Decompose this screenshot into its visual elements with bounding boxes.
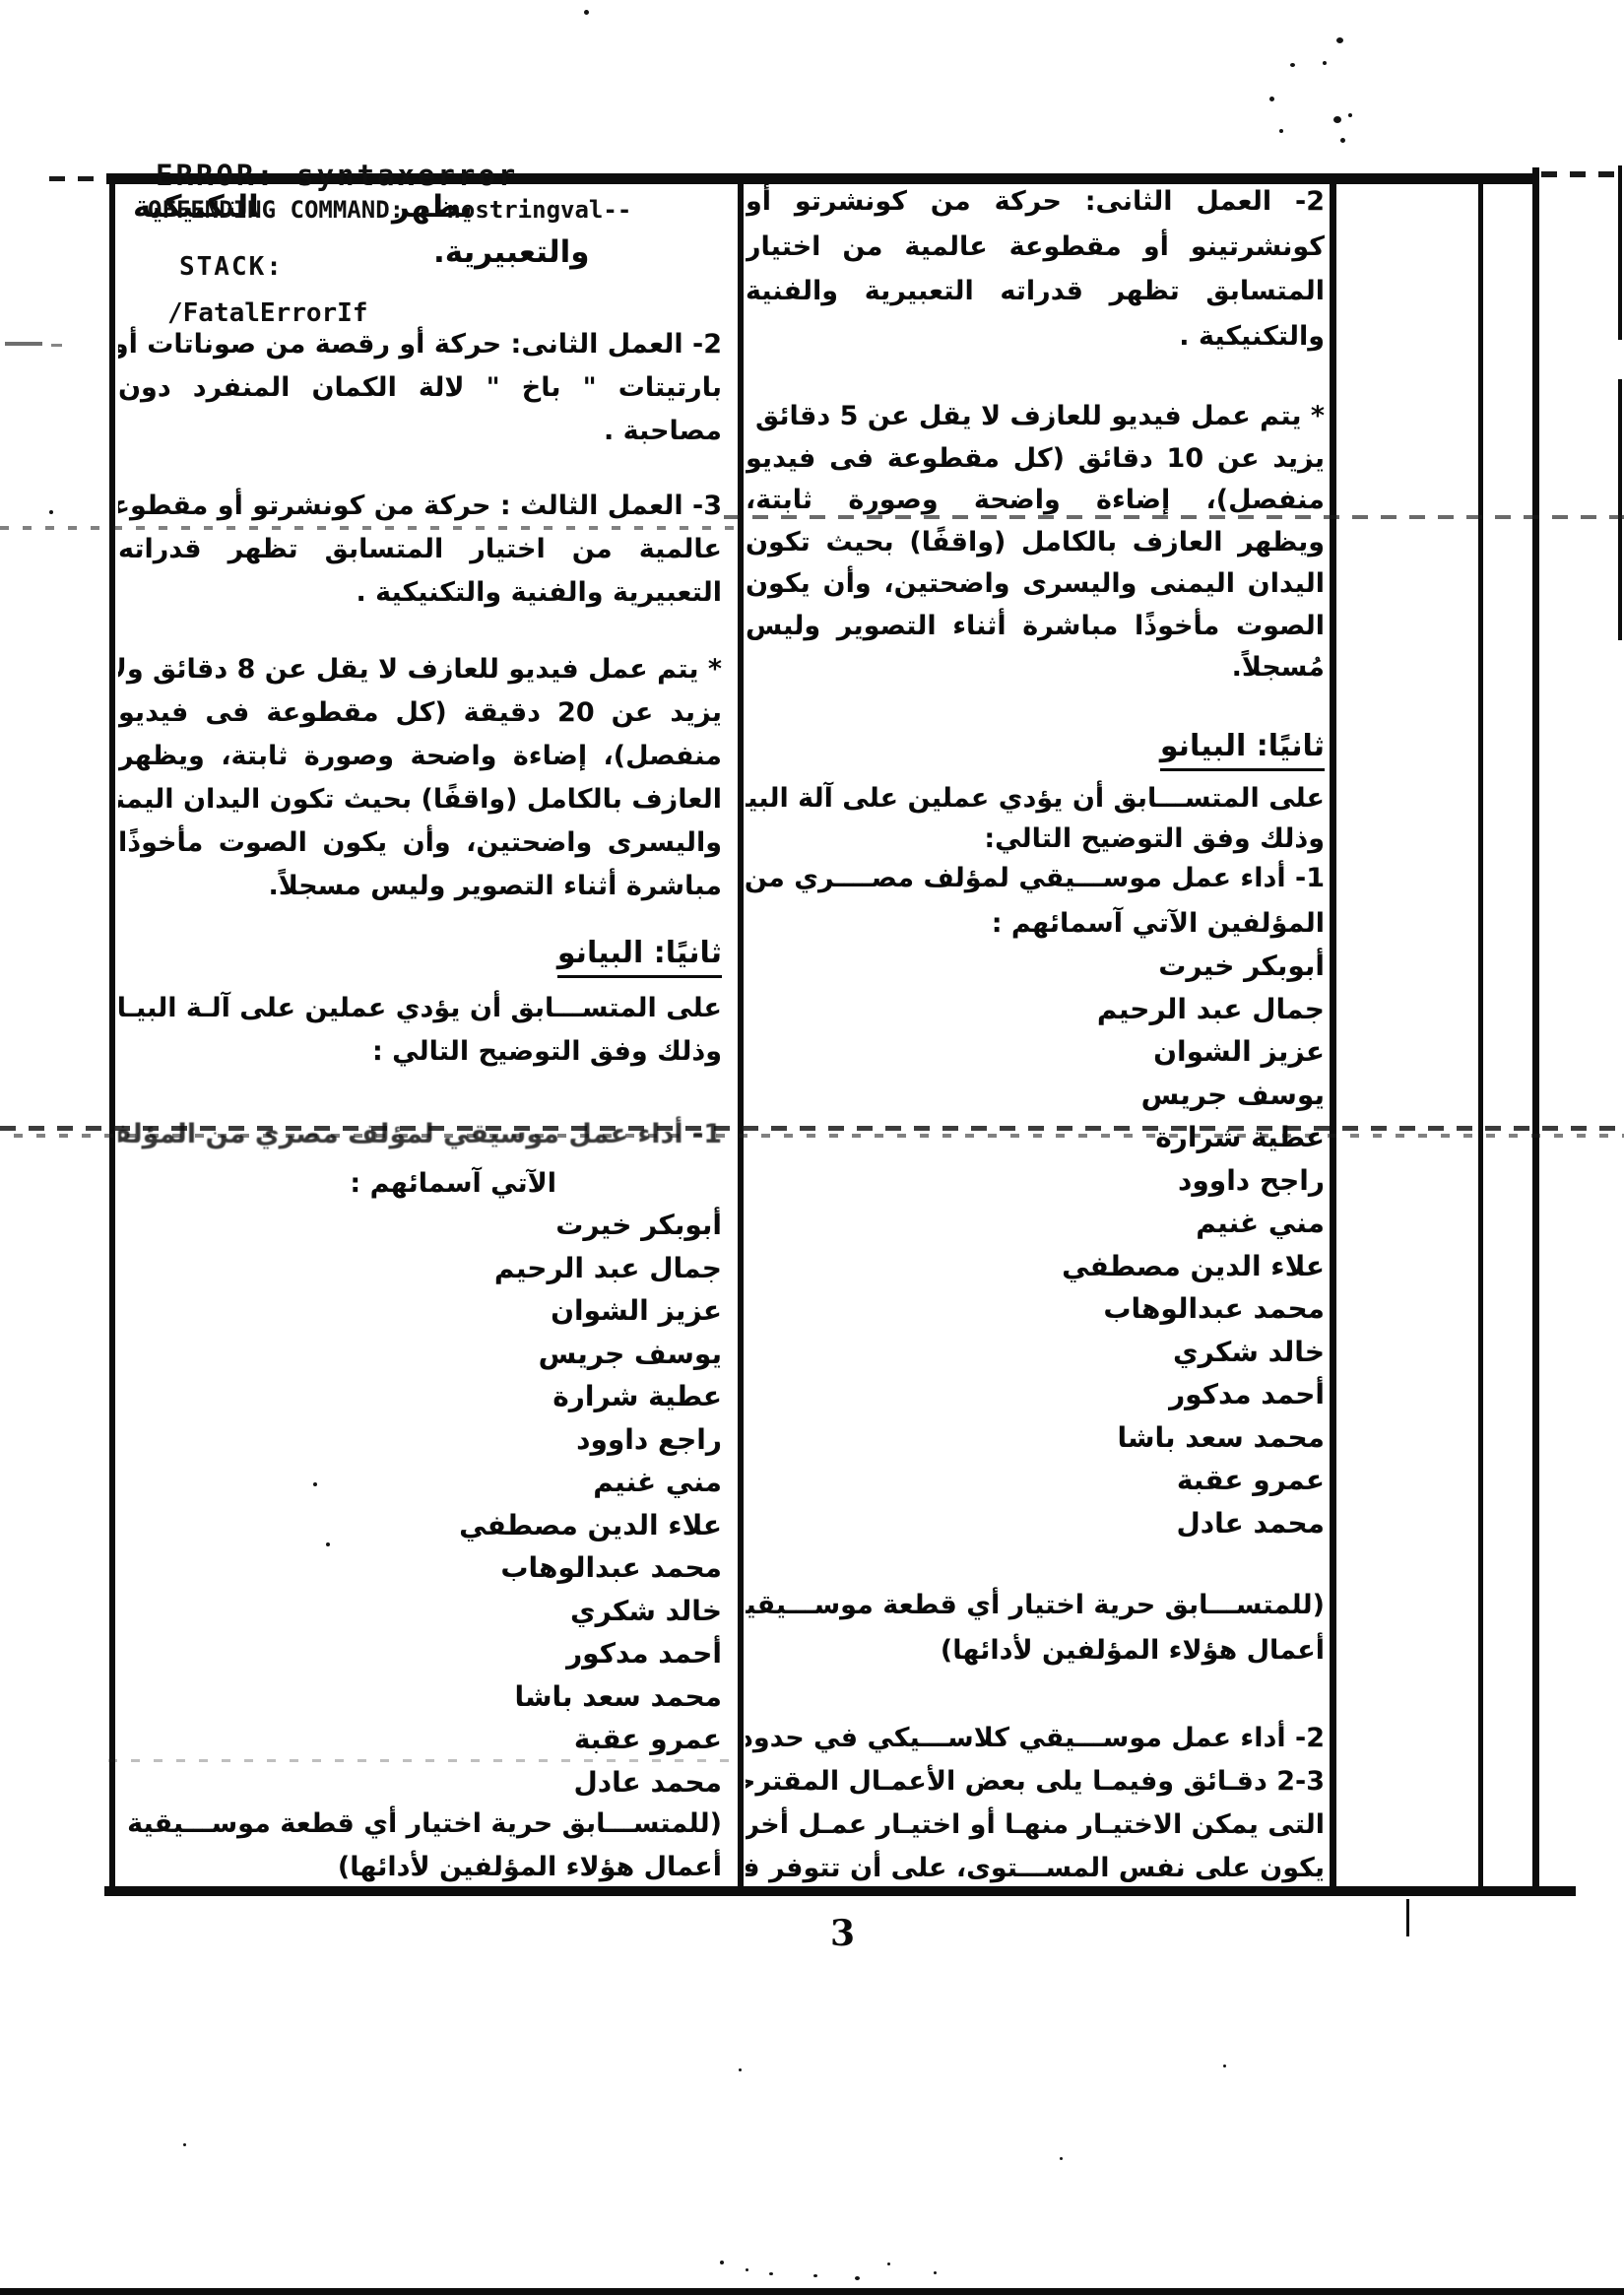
text-line: الآتي آسمائهم : [350,1168,556,1199]
composer-name: خالد شكري [118,1590,722,1633]
composer-name: يوسف جريس [118,1333,722,1376]
scan-speck [739,2068,742,2071]
arabic-fragment-yazhar: يظهر [392,189,473,225]
composer-name: محمد عبدالوهاب [118,1546,722,1590]
composer-name: محمد عادل [746,1502,1325,1545]
left-margin-dash-b [51,344,62,347]
right-paragraph-video-note: * يتم عمل فيديو للعازف لا يقل عن 5 دقائق… [746,396,1325,689]
text-line: واليسرى واضحتين، وأن يكون الصوت مأخوذًا [118,821,722,865]
text-line: بارتيتات " باخ " لالة الكمان المنفرد دون [118,366,722,410]
composer-name: عطية شرارة [118,1375,722,1418]
text-line: ويظهر العازف بالكامل (واقفًا) بحيث تكون [746,522,1325,564]
text-line: اليدان اليمنى واليسرى واضحتين، وأن يكون [746,563,1325,606]
scan-speck [1323,61,1327,65]
right-item1: 1- أداء عمل موســـيقي لمؤلف مصــــري من … [746,856,1325,946]
text-line: المؤلفين الآتي آسمائهم : [746,901,1325,947]
scan-speck [326,1542,330,1546]
text-line: الصوت مأخوذًا مباشرة أثناء التصوير وليس [746,606,1325,648]
text-line: كونشرتينو أو مقطوعة عالمية من اختيار [746,225,1325,270]
scan-speck [1223,2065,1226,2067]
arabic-fragment-wataabiriya: والتعبيرية. [433,234,590,270]
text-line: يكون على نفس المســـتوى، على أن تتوفر في [746,1847,1325,1890]
scan-speck [1340,138,1345,143]
table-border-top-left-dashes [49,176,104,181]
composer-name: علاء الدين مصطفي [118,1504,722,1547]
scan-speck [49,510,53,514]
left-item1b-line: الآتي آسمائهم : [118,1162,556,1206]
table-border-right [1532,167,1539,1896]
composer-name: جمال عبد الرحيم [746,988,1325,1031]
text-line: 2- أداء عمل موســـيقي كلاســـيكي في حدود… [746,1717,1325,1760]
composer-name: محمد عادل [118,1761,722,1804]
left-margin-dash-a [5,342,42,346]
composer-name: عمرو عقبة [118,1718,722,1761]
scanned-document-page: ERROR: syntaxerror التكنيكية OFFENDING C… [0,0,1624,2295]
scan-speck [769,2272,773,2275]
composer-name: عزيز الشوان [746,1030,1325,1074]
stray-vertical-mark [1406,1899,1409,1936]
scan-speck [1060,2157,1063,2160]
text-line: المتسابق تظهر قدراته التعبيرية والفنية [746,269,1325,314]
scan-speck [1348,113,1352,117]
left-paragraph-video-note: * يتم عمل فيديو للعازف لا يقل عن 8 دقائق… [118,648,722,908]
error-line-2: OFFENDING COMMAND: --nostringval-- [148,196,631,224]
scan-speck [183,2143,186,2146]
composer-name: مني غنيم [746,1202,1325,1245]
scan-speck [855,2276,860,2280]
text-line: 1- أداء عمل موسيقي لمؤلف مصري من المؤلفي… [118,1113,722,1156]
error-line-1: ERROR: syntaxerror [156,159,518,192]
composer-name: عمرو عقبة [746,1459,1325,1502]
left-choice-note: (للمتســـابق حرية اختيار أي قطعة موســـي… [118,1803,722,1889]
scan-speck [746,2268,748,2271]
right-piano-section-heading: ثانيًا: البيانو [746,729,1325,771]
table-border-top-right-dashes [1541,171,1624,177]
page-edge-line-fragment-b [1618,379,1622,640]
composer-name: محمد سعد باشا [746,1416,1325,1460]
scan-speck [1336,37,1343,43]
text-line: العازف بالكامل (واقفًا) بحيث تكون اليدان… [118,778,722,821]
composer-name: عطية شرارة [746,1116,1325,1159]
composer-name: راجح داوود [746,1159,1325,1203]
text-line: * يتم عمل فيديو للعازف لا يقل عن 8 دقائق… [118,648,722,691]
text-line: وذلك وفق التوضيح التالي: [746,819,1325,859]
composer-name: يوسف جريس [746,1074,1325,1117]
scan-speck [934,2271,937,2274]
text-line: التى يمكن الاختيـار منهـا أو اختيـار عمـ… [746,1803,1325,1847]
scan-speck [313,1482,317,1486]
scan-speck [720,2261,724,2264]
text-line: 3- العمل الثالث : حركة من كونشرتو أو مقط… [118,485,722,528]
text-line: عالمية من اختيار المتسابق تظهر قدراته [118,528,722,571]
column-divider [738,173,744,1896]
text-line: التعبيرية والفنية والتكنيكية . [118,571,722,615]
text-line: مصاحبة . [118,410,722,453]
text-line: على المتســـابق أن يؤدي عملين على آلـة ا… [118,987,722,1030]
text-line: 2- العمل الثانى: حركة أو رقصة من صوناتات… [118,323,722,366]
text-line: يزيد عن 20 دقيقة (كل مقطوعة فى فيديو [118,691,722,735]
left-paragraph-work2: 2- العمل الثانى: حركة أو رقصة من صوناتات… [118,323,722,453]
left-item1-degraded-line: 1- أداء عمل موسيقي لمؤلف مصري من المؤلفي… [118,1113,722,1156]
table-vline-narrow-cell [1478,173,1483,1896]
text-line: أعمال هؤلاء المؤلفين لأدائها) [118,1846,722,1889]
scan-speck [1333,116,1341,123]
scan-speck [1290,63,1295,67]
text-line: مُسجلاً. [746,647,1325,689]
composer-name: مني غنيم [118,1461,722,1504]
right-choice-note: (للمتســـابق حرية اختيار أي قطعة موســـي… [746,1583,1325,1672]
composer-name: جمال عبد الرحيم [118,1247,722,1290]
text-line: 2- العمل الثانى: حركة من كونشرتو أو [746,179,1325,225]
composer-name: أبوبكر خيرت [746,945,1325,988]
text-line: مباشرة أثناء التصوير وليس مسجلاً. [118,865,722,908]
page-number: 3 [830,1913,855,1954]
text-line: 1- أداء عمل موســـيقي لمؤلف مصــــري من [746,856,1325,901]
left-piano-section-heading: ثانيًا: البيانو [118,936,722,978]
scan-speck [813,2274,817,2277]
left-paragraph-work3: 3- العمل الثالث : حركة من كونشرتو أو مقط… [118,485,722,615]
table-vline-right-of-text [1330,173,1336,1896]
text-line: 2-3 دقـائق وفيمـا يلى بعض الأعمـال المقت… [746,1760,1325,1803]
composer-name: محمد عبدالوهاب [746,1287,1325,1331]
text-line: (للمتســـابق حرية اختيار أي قطعة موســـي… [118,1803,722,1846]
composer-name: أحمد مدكور [746,1373,1325,1416]
composer-name: خالد شكري [746,1331,1325,1374]
text-line: يزيد عن 10 دقائق (كل مقطوعة فى فيديو [746,438,1325,481]
text-line: أعمال هؤلاء المؤلفين لأدائها) [746,1628,1325,1673]
scan-speck [584,10,589,15]
text-line: * يتم عمل فيديو للعازف لا يقل عن 5 دقائق… [746,396,1325,438]
scan-speck [1279,129,1283,133]
text-line: وذلك وفق التوضيح التالي : [118,1030,722,1074]
scan-speck [1269,97,1274,101]
text-line: (للمتســـابق حرية اختيار أي قطعة موســـي… [746,1583,1325,1628]
right-composer-list: أبوبكر خيرت جمال عبد الرحيم عزيز الشوان … [746,945,1325,1544]
right-paragraph-work2: 2- العمل الثانى: حركة من كونشرتو أو كونش… [746,179,1325,359]
bottom-scan-strip [0,2288,1624,2295]
composer-name: علاء الدين مصطفي [746,1245,1325,1288]
left-composer-list: أبوبكر خيرت جمال عبد الرحيم عزيز الشوان … [118,1204,722,1803]
text-line: منفصل)، إضاءة واضحة وصورة ثابتة، [746,480,1325,522]
text-line: منفصل)، إضاءة واضحة وصورة ثابتة، ويظهر [118,735,722,778]
table-border-left [109,173,115,1896]
error-line-3: STACK: [179,252,284,282]
composer-name: محمد سعد باشا [118,1675,722,1719]
text-line: على المتســـابق أن يؤدي عملين على آلة ال… [746,778,1325,819]
scan-speck [887,2262,890,2265]
page-edge-line-fragment-a [1618,165,1622,340]
right-item2: 2- أداء عمل موســـيقي كلاســـيكي في حدود… [746,1717,1325,1890]
composer-name: أحمد مدكور [118,1632,722,1675]
composer-name: أبوبكر خيرت [118,1204,722,1247]
composer-name: عزيز الشوان [118,1289,722,1333]
text-line: والتكنيكية . [746,314,1325,360]
left-piano-intro: على المتســـابق أن يؤدي عملين على آلـة ا… [118,987,722,1074]
right-piano-intro: على المتســـابق أن يؤدي عملين على آلة ال… [746,778,1325,859]
composer-name: راجع داوود [118,1418,722,1462]
